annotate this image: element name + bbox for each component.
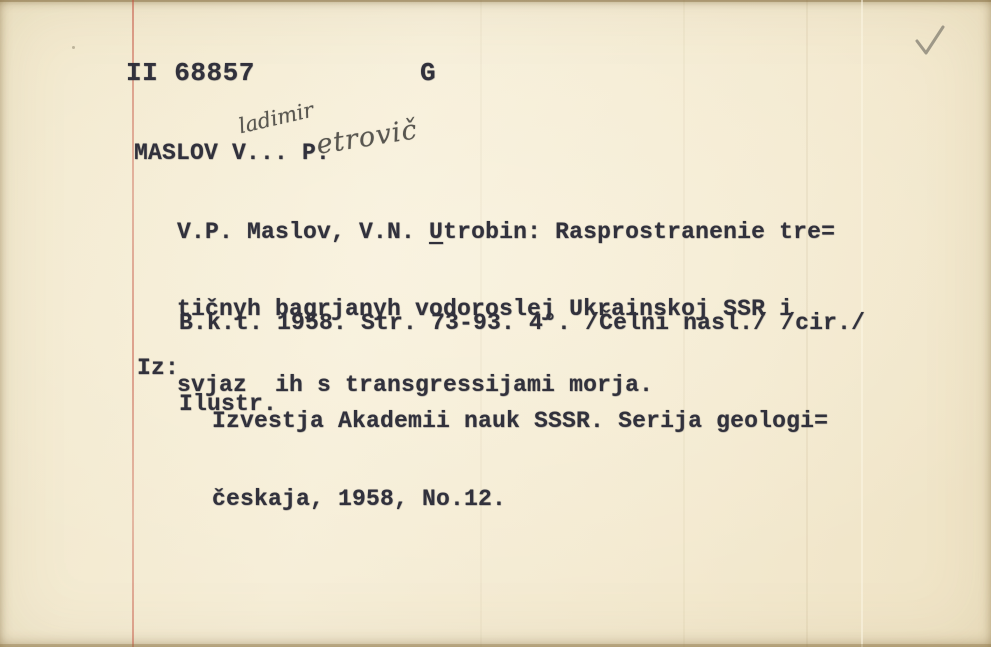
call-number: II 68857: [126, 59, 255, 87]
source-label: Iz:: [137, 356, 179, 382]
title-line-1-pre: V.P. Maslov, V.N.: [177, 219, 429, 245]
source-line-1: Izvestja Akademii nauk SSSR. Serija geol…: [212, 408, 828, 434]
imprint-line-1: B.k.t. 1958. Str. 73-93. 4°. /Čelni nasl…: [179, 310, 865, 337]
author-heading: MASLOV V... P.: [134, 141, 330, 167]
red-margin-rule: [132, 0, 134, 647]
title-line-1-post: trobin: Rasprostranenie tre=: [443, 219, 835, 245]
source-line-2: českaja, 1958, No.12.: [212, 486, 828, 512]
section-letter: G: [420, 59, 436, 87]
title-line-1-underlined-letter: U: [429, 219, 443, 245]
paper-speck: [72, 46, 75, 49]
pencil-checkmark-icon: [910, 24, 950, 58]
title-line-1: V.P. Maslov, V.N. Utrobin: Rasprostranen…: [177, 220, 835, 246]
source-reference: Izvestja Akademii nauk SSSR. Serija geol…: [212, 356, 828, 564]
catalog-card: II 68857 G ladimir etrovič MASLOV V... P…: [0, 0, 991, 647]
handwritten-first-name-annotation: ladimir: [236, 98, 316, 138]
